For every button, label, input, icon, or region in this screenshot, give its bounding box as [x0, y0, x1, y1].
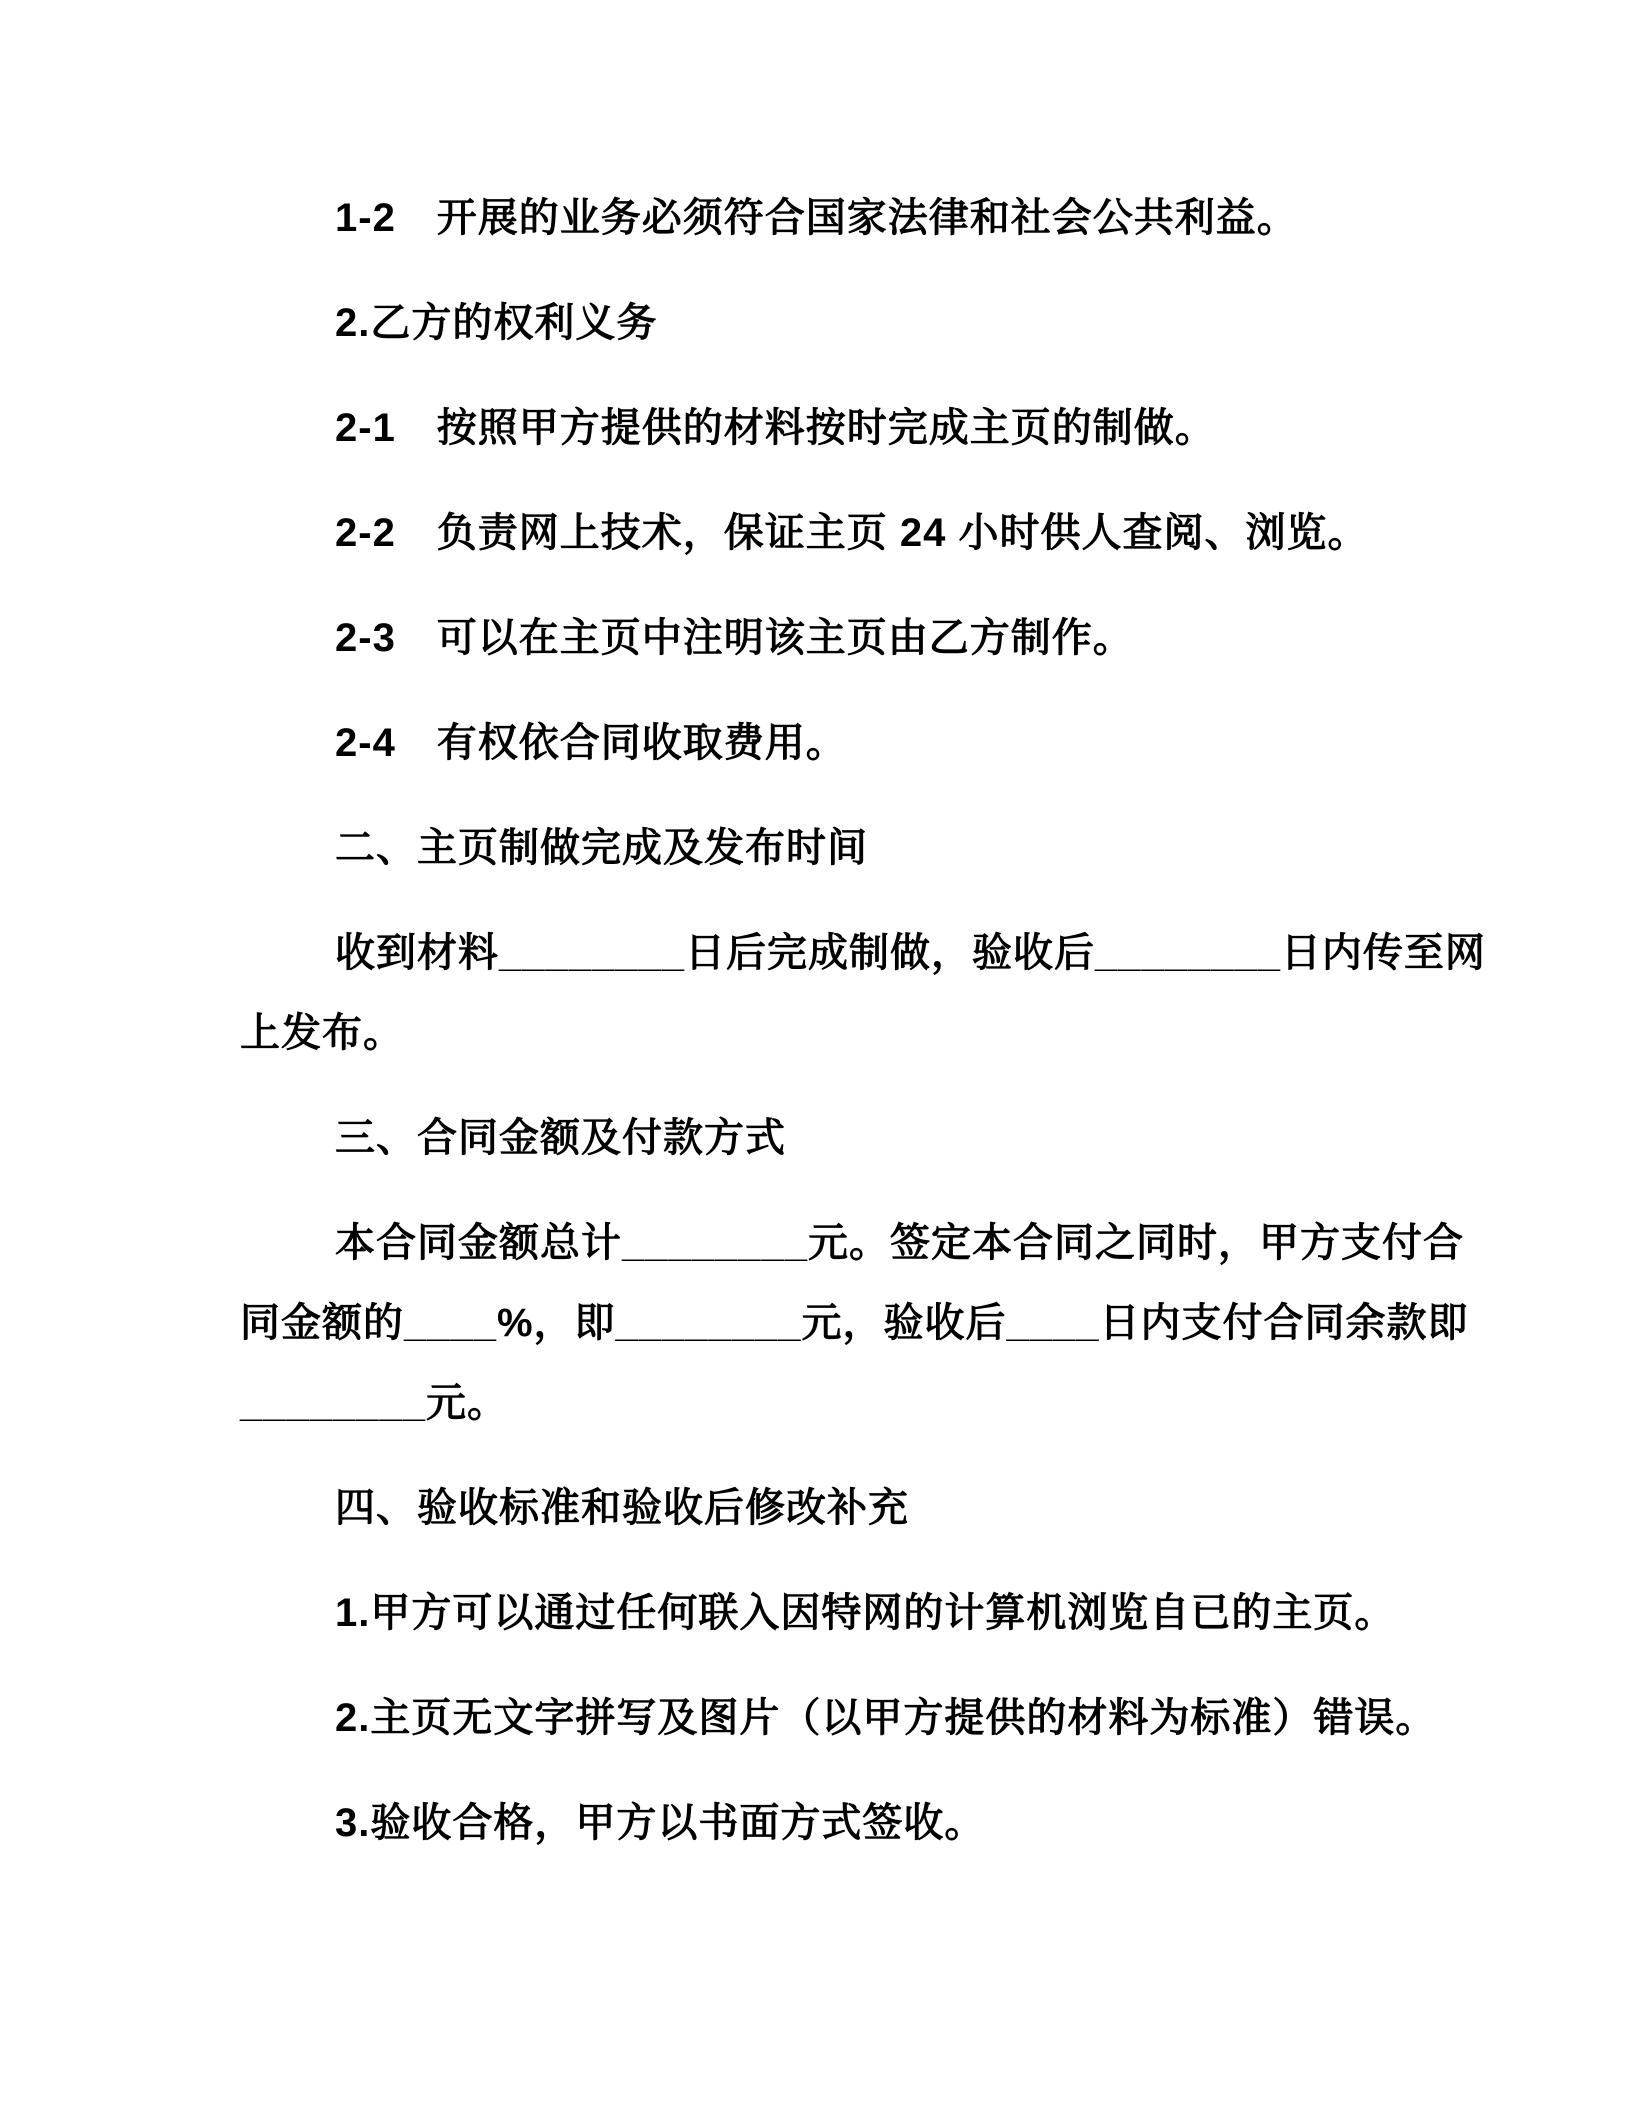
clause-2-1: 2-1 按照甲方提供的材料按时完成主页的制做。	[240, 388, 1442, 468]
text-line: 本合同金额总计________元。签定本合同之同时，甲方支付合	[240, 1203, 1442, 1283]
item-acceptance-2: 2.主页无文字拼写及图片（以甲方提供的材料为标准）错误。	[240, 1678, 1442, 1758]
clause-2-4: 2-4 有权依合同收取费用。	[240, 703, 1442, 783]
clause-2-2: 2-2 负责网上技术，保证主页 24 小时供人查阅、浏览。	[240, 493, 1442, 573]
item-acceptance-3: 3.验收合格，甲方以书面方式签收。	[240, 1783, 1442, 1863]
text-line: 2.乙方的权利义务	[240, 283, 1442, 363]
text-line: 1-2 开展的业务必须符合国家法律和社会公共利益。	[240, 178, 1442, 258]
document-page: 1-2 开展的业务必须符合国家法律和社会公共利益。 2.乙方的权利义务 2-1 …	[0, 0, 1632, 2112]
para-payment-terms: 本合同金额总计________元。签定本合同之同时，甲方支付合 同金额的____…	[240, 1203, 1442, 1443]
heading-party-b-rights: 2.乙方的权利义务	[240, 283, 1442, 363]
text-line: 上发布。	[240, 993, 1442, 1073]
text-line: 2-4 有权依合同收取费用。	[240, 703, 1442, 783]
text-line: 2-2 负责网上技术，保证主页 24 小时供人查阅、浏览。	[240, 493, 1442, 573]
text-line: 2.主页无文字拼写及图片（以甲方提供的材料为标准）错误。	[240, 1678, 1442, 1758]
heading-section-3-payment: 三、合同金额及付款方式	[240, 1098, 1442, 1178]
heading-section-2-completion-time: 二、主页制做完成及发布时间	[240, 808, 1442, 888]
heading-section-4-acceptance: 四、验收标准和验收后修改补充	[240, 1468, 1442, 1548]
text-line: 1.甲方可以通过任何联入因特网的计算机浏览自已的主页。	[240, 1573, 1442, 1653]
text-line: 收到材料________日后完成制做，验收后________日内传至网	[240, 913, 1442, 993]
para-delivery-time: 收到材料________日后完成制做，验收后________日内传至网 上发布。	[240, 913, 1442, 1073]
item-acceptance-1: 1.甲方可以通过任何联入因特网的计算机浏览自已的主页。	[240, 1573, 1442, 1653]
text-line: 二、主页制做完成及发布时间	[240, 808, 1442, 888]
clause-1-2: 1-2 开展的业务必须符合国家法律和社会公共利益。	[240, 178, 1442, 258]
text-line: 四、验收标准和验收后修改补充	[240, 1468, 1442, 1548]
text-line: 2-3 可以在主页中注明该主页由乙方制作。	[240, 598, 1442, 678]
text-line: 同金额的____%，即________元，验收后____日内支付合同余款即	[240, 1283, 1442, 1363]
text-line: 3.验收合格，甲方以书面方式签收。	[240, 1783, 1442, 1863]
text-line: ________元。	[240, 1363, 1442, 1443]
clause-2-3: 2-3 可以在主页中注明该主页由乙方制作。	[240, 598, 1442, 678]
text-line: 三、合同金额及付款方式	[240, 1098, 1442, 1178]
text-line: 2-1 按照甲方提供的材料按时完成主页的制做。	[240, 388, 1442, 468]
